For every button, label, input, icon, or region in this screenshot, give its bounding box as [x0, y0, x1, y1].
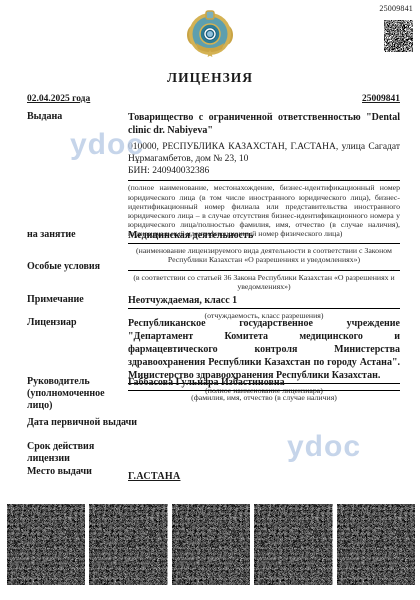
- signature-stamp-strip: [7, 504, 415, 585]
- row-issued-to: Выдана Товарищество с ограниченной ответ…: [27, 111, 400, 239]
- field-label: Руководитель (уполномоченное лицо): [27, 376, 128, 412]
- field-label: Срок действия лицензии: [27, 441, 128, 465]
- place-of-issue-value: Г.АСТАНА: [128, 471, 180, 482]
- row-activity: на занятие Медицинская деятельность (наи…: [27, 229, 400, 264]
- field-label: Выдана: [27, 111, 128, 239]
- date-number-row: 02.04.2025 года 25009841: [27, 94, 400, 104]
- field-note: (фамилия, имя, отчество (в случае наличи…: [128, 391, 400, 402]
- field-label: Место выдачи: [27, 466, 128, 484]
- head-name: Габбасова Гульнара Избастиновна: [128, 376, 400, 391]
- noise-stamp-block: [7, 504, 85, 585]
- qr-code: [384, 20, 413, 52]
- remark-value: Неотчуждаемая, класс 1: [128, 294, 400, 309]
- noise-stamp-block: [337, 504, 415, 585]
- field-label: Особые условия: [27, 261, 128, 291]
- row-place-of-issue: Место выдачи Г.АСТАНА: [27, 466, 400, 484]
- document-corner-number: 25009841: [379, 4, 413, 13]
- field-value: (в соответствии со статьей 36 Закона Рес…: [128, 261, 400, 291]
- company-address: 010000, РЕСПУБЛИКА КАЗАХСТАН, Г.АСТАНА, …: [128, 141, 400, 165]
- field-value: [128, 441, 400, 465]
- field-note: (в соответствии со статьей 36 Закона Рес…: [128, 271, 400, 291]
- noise-stamp-block: [172, 504, 250, 585]
- row-first-issue-date: Дата первичной выдачи: [27, 417, 400, 429]
- field-label: Дата первичной выдачи: [27, 417, 128, 429]
- kazakhstan-coat-of-arms-icon: [186, 9, 234, 57]
- page-title: ЛИЦЕНЗИЯ: [0, 70, 420, 86]
- license-document-page: 25009841: [0, 0, 420, 600]
- field-value: Товарищество с ограниченной ответственно…: [128, 111, 400, 239]
- row-validity: Срок действия лицензии: [27, 441, 400, 465]
- license-number: 25009841: [362, 94, 400, 104]
- issue-date: 02.04.2025 года: [27, 94, 90, 104]
- row-head: Руководитель (уполномоченное лицо) Габба…: [27, 376, 400, 412]
- field-value: Габбасова Гульнара Избастиновна (фамилия…: [128, 376, 400, 412]
- noise-stamp-block: [254, 504, 332, 585]
- field-value: Г.АСТАНА: [128, 466, 400, 484]
- field-value: [128, 417, 400, 429]
- field-label: на занятие: [27, 229, 128, 264]
- empty-fill-line: [128, 261, 400, 271]
- field-value: Медицинская деятельность (наименование л…: [128, 229, 400, 264]
- licensor-value: Республиканское государственное учрежден…: [128, 317, 400, 384]
- activity-value: Медицинская деятельность: [128, 229, 400, 244]
- noise-stamp-block: [89, 504, 167, 585]
- row-special-conditions: Особые условия (в соответствии со статье…: [27, 261, 400, 291]
- company-name: Товарищество с ограниченной ответственно…: [128, 111, 400, 137]
- company-bin: БИН: 240940032386: [128, 165, 400, 177]
